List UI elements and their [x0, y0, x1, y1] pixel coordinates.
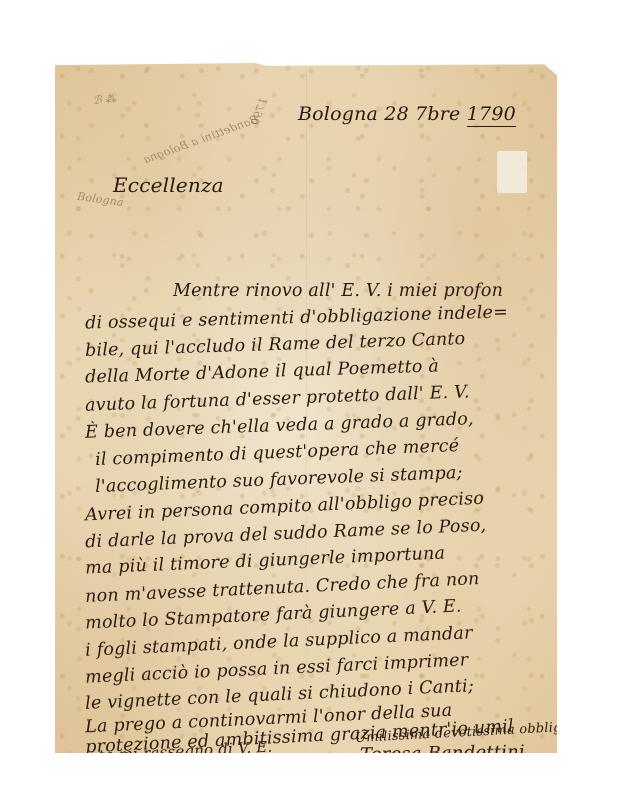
- body-line: della Morte d'Adone il qual Poemetto à: [85, 356, 439, 387]
- marginal-note-year: 1790: [248, 96, 270, 128]
- salutation: Eccellenza: [113, 173, 224, 197]
- paper-repair-patch: [497, 151, 527, 193]
- signature: Teresa Bandettini: [360, 742, 525, 766]
- day-month: 28 7bre: [384, 103, 460, 125]
- body-line: bile, qui l'accludo il Rame del terzo Ca…: [85, 329, 466, 361]
- place-date-line: Bologna 28 7bre 1790: [298, 103, 516, 125]
- marginal-note-address: Bandettini a Bologna: [141, 113, 259, 167]
- marginal-note-mark: ℬ ⁂: [93, 92, 118, 107]
- letter-sheet: ℬ ⁂ Bologna Bandettini a Bologna 1790 Bo…: [55, 63, 557, 753]
- year: 1790: [467, 103, 516, 127]
- photo-background: ℬ ⁂ Bologna Bandettini a Bologna 1790 Bo…: [0, 0, 620, 800]
- body-line: Mentre rinovo all' E. V. i miei profon: [173, 281, 503, 301]
- place: Bologna: [298, 103, 378, 125]
